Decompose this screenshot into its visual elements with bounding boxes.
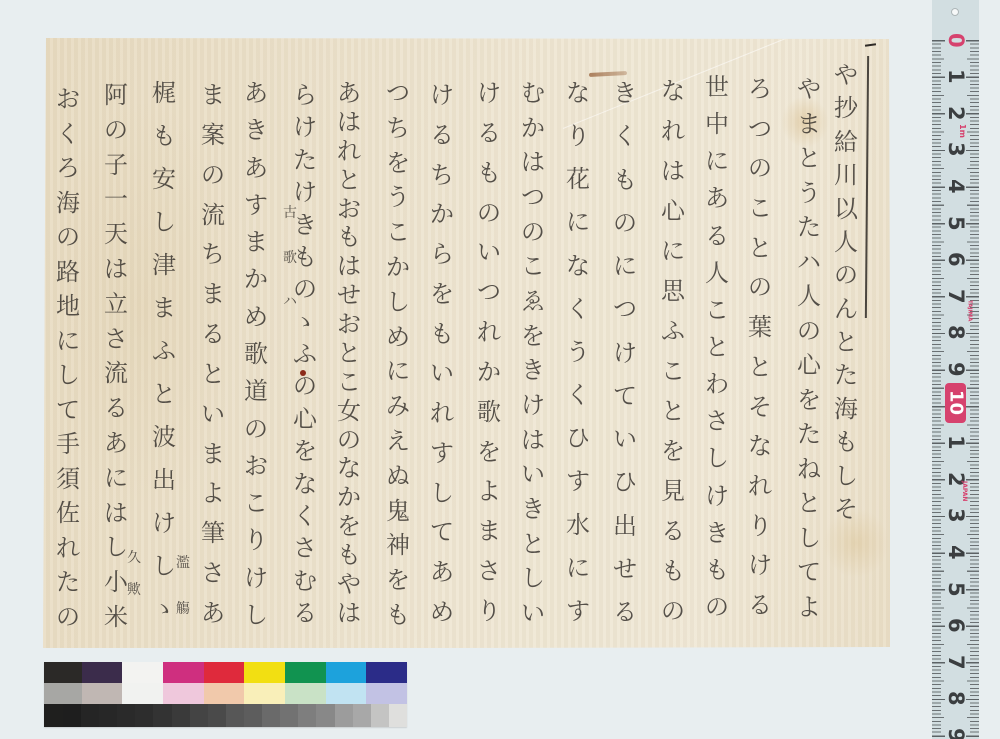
glyph: も [337, 224, 361, 250]
color-patch-white [122, 683, 163, 704]
tape-label-text: 7 [945, 289, 966, 304]
color-patch-yellow [244, 662, 285, 683]
glyph: に [104, 465, 128, 491]
glyph: 心 [661, 198, 685, 224]
manuscript-paper: や抄給川以人のんとた海もしそ やまとうたハ人の心をたねとしてよ ろつのことの葉と… [43, 38, 890, 648]
tape-label: 6 [943, 616, 968, 636]
glyph: れ [661, 118, 685, 144]
glyph: れ [748, 473, 772, 499]
tape-label-text: 6 [945, 618, 966, 633]
paper-stain [589, 71, 627, 77]
tape-label: 4 [943, 542, 968, 562]
glyph: な [748, 433, 772, 459]
glyph: と [152, 381, 176, 407]
glyph: 筆 [201, 520, 225, 546]
glyph: は [521, 427, 545, 453]
glyph: は [337, 109, 361, 135]
tape-label-text: 8 [945, 691, 966, 706]
glyph: め [430, 599, 454, 625]
glyph: 子 [104, 152, 128, 178]
glyph: の [797, 318, 821, 344]
glyph: ゝ [293, 309, 317, 335]
glyph: ち [201, 241, 225, 267]
glyph: く [56, 121, 80, 147]
glyph: わ [705, 371, 729, 397]
gray-patch [353, 704, 371, 727]
glyph: ま [477, 518, 501, 544]
glyph: た [834, 362, 858, 388]
glyph: ぬ [386, 463, 410, 489]
glyph: ゑ [521, 288, 545, 314]
glyph: 出 [613, 513, 637, 539]
glyph: る [477, 120, 501, 146]
glyph: し [56, 362, 80, 388]
color-patch-white [122, 662, 163, 683]
glyph: に [56, 328, 80, 354]
glyph: と [705, 334, 729, 360]
tape-brand: TAJIMA [966, 300, 972, 321]
glyph: し [152, 209, 176, 235]
text-column: なれは心に思ふことを見るもの [657, 78, 689, 624]
glyph: し [430, 480, 454, 506]
glyph: よ [201, 480, 225, 506]
gray-patch [371, 704, 389, 727]
glyph: を [386, 150, 410, 176]
glyph: 安 [152, 166, 176, 192]
glyph: る [104, 395, 128, 421]
glyph: つ [477, 279, 501, 305]
glyph: つ [386, 80, 410, 106]
glyph: の [244, 416, 268, 442]
glyph: お [244, 453, 268, 479]
glyph: 中 [705, 111, 729, 137]
gray-patch [117, 704, 135, 727]
text-column: 梶も安し津まふと波出けしゝ [148, 80, 180, 622]
glyph: の [661, 598, 685, 624]
glyph: て [56, 397, 80, 423]
glyph: け [152, 510, 176, 536]
glyph: ら [430, 241, 454, 267]
gray-patch [190, 704, 208, 727]
glyph: な [337, 455, 361, 481]
tape-label: 7 [943, 652, 968, 672]
glyph: い [201, 401, 225, 427]
glyph: れ [56, 535, 80, 561]
glyph: に [661, 238, 685, 264]
glyph: 案 [201, 122, 225, 148]
glyph: こ [661, 358, 685, 384]
glyph: こ [748, 195, 772, 221]
glyph: や [834, 62, 858, 88]
glyph: 歟 [127, 582, 141, 598]
color-patch-red [204, 662, 245, 683]
glyph: ま [201, 281, 225, 307]
glyph: も [834, 429, 858, 455]
glyph: も [661, 558, 685, 584]
glyph: は [661, 158, 685, 184]
color-patch-light-yellow [244, 683, 285, 704]
glyph: き [705, 520, 729, 546]
text-column: らけたけきものゝふの心をなくさむる [289, 82, 321, 626]
glyph: た [797, 421, 821, 447]
glyph: つ [613, 296, 637, 322]
glyph: ん [834, 296, 858, 322]
glyph: と [748, 354, 772, 380]
glyph: も [152, 123, 176, 149]
glyph: 人 [834, 229, 858, 255]
glyph: 以 [834, 196, 858, 222]
text-column: 阿の子一天は立さ流るあにはし小米 [100, 82, 132, 630]
glyph: の [613, 210, 637, 236]
glyph: 佐 [56, 500, 80, 526]
glyph: 米 [104, 604, 128, 630]
tape-label: 1 [943, 433, 968, 453]
glyph: な [566, 253, 590, 279]
glyph: ま [244, 229, 268, 255]
glyph: し [244, 602, 268, 628]
gray-patch [153, 704, 171, 727]
glyph: さ [293, 535, 317, 561]
glyph: け [477, 80, 501, 106]
glyph: ま [797, 111, 821, 137]
glyph: と [661, 398, 685, 424]
glyph: の [705, 594, 729, 620]
glyph: は [521, 149, 545, 175]
glyph: 一 [104, 186, 128, 212]
glyph: 女 [337, 398, 361, 424]
glyph: す [566, 598, 590, 624]
glyph: か [386, 254, 410, 280]
tape-label: 3 [943, 140, 968, 160]
tape-label-text: 9 [945, 362, 966, 377]
glyph: し [797, 525, 821, 551]
glyph: り [566, 123, 590, 149]
glyph: も [477, 160, 501, 186]
glyph: い [430, 360, 454, 386]
glyph: し [834, 463, 858, 489]
tape-label: 8 [943, 323, 968, 343]
glyph: 流 [104, 360, 128, 386]
page: { "page": { "background_color": "#e8eef0… [0, 0, 1000, 739]
glyph: さ [201, 560, 225, 586]
glyph: れ [477, 319, 501, 345]
glyph: て [613, 383, 637, 409]
glyph: ハ [797, 249, 821, 275]
glyph: め [244, 304, 268, 330]
glyph: に [613, 253, 637, 279]
text-column: ろつのことの葉とそなれりける [744, 76, 776, 618]
glyph: と [797, 490, 821, 516]
glyph: 歌 [283, 250, 297, 266]
glyph: の [201, 162, 225, 188]
glyph: 久 [127, 550, 141, 566]
glyph: て [797, 559, 821, 585]
color-patch-light-blue [326, 683, 367, 704]
glyph: き [521, 496, 545, 522]
glyph: は [337, 600, 361, 626]
glyph: ま [152, 295, 176, 321]
glyph: ろ [56, 155, 80, 181]
gray-patch [135, 704, 153, 727]
text-column: やまとうたハ人の心をたねとしてよ [793, 76, 825, 620]
glyph: 鬼 [386, 498, 410, 524]
tape-hole [951, 8, 959, 16]
glyph: な [566, 80, 590, 106]
glyph: う [386, 184, 410, 210]
gray-patch [244, 704, 262, 727]
glyph: り [748, 513, 772, 539]
glyph: く [566, 382, 590, 408]
gray-patch [226, 704, 244, 727]
glyph: の [834, 262, 858, 288]
glyph: を [386, 567, 410, 593]
glyph: に [566, 209, 590, 235]
tape-label-highlight: 10 [945, 383, 966, 423]
tape-label-text: 4 [945, 179, 966, 194]
glyph: の [56, 604, 80, 630]
glyph: あ [705, 185, 729, 211]
glyph: や [337, 571, 361, 597]
glyph: 花 [566, 166, 590, 192]
glyph: る [661, 518, 685, 544]
tape-label-text: 7 [945, 655, 966, 670]
glyph: 路 [56, 259, 80, 285]
color-patch-magenta [163, 662, 204, 683]
tape-label-text: 9 [945, 728, 966, 739]
text-column: や抄給川以人のんとた海もしそ [830, 62, 862, 522]
gray-patch [335, 704, 353, 727]
side-note: 久歟 [125, 550, 143, 598]
gray-patch [316, 704, 334, 727]
glyph: 歌 [477, 399, 501, 425]
color-chart-top-row [44, 662, 407, 683]
tape-label: 7 [943, 286, 968, 306]
tape-label: 6 [943, 250, 968, 270]
glyph: と [748, 235, 772, 261]
glyph: 手 [56, 431, 80, 457]
glyph: か [337, 484, 361, 510]
tape-label-text: 1 [945, 435, 966, 450]
text-column: つちをうこかしめにみえぬ鬼神をも [382, 80, 414, 628]
gray-patch [262, 704, 280, 727]
glyph: す [244, 192, 268, 218]
glyph: の [293, 373, 317, 399]
glyph: そ [834, 496, 858, 522]
glyph: け [705, 483, 729, 509]
gray-patch [99, 704, 117, 727]
glyph: 古 [283, 205, 297, 221]
glyph: と [337, 340, 361, 366]
glyph: あ [337, 80, 361, 106]
glyph: あ [430, 559, 454, 585]
glyph: こ [337, 369, 361, 395]
tape-label: 2 [943, 103, 968, 123]
glyph: ち [430, 162, 454, 188]
side-note: 古歌ハ [281, 205, 299, 310]
glyph: 人 [705, 260, 729, 286]
glyph: 須 [56, 466, 80, 492]
glyph: 觴 [176, 601, 190, 617]
glyph: な [661, 78, 685, 104]
glyph: 世 [705, 74, 729, 100]
color-patch-taupe [82, 683, 123, 704]
tape-label: 9 [943, 725, 968, 739]
glyph: け [748, 552, 772, 578]
tape-unit-mark: 1m [958, 124, 966, 138]
glyph: い [521, 600, 545, 626]
glyph: 波 [152, 424, 176, 450]
glyph: こ [386, 219, 410, 245]
glyph: こ [244, 490, 268, 516]
glyph: 出 [152, 467, 176, 493]
glyph: き [613, 80, 637, 106]
glyph: け [613, 340, 637, 366]
glyph: け [244, 565, 268, 591]
text-column: なり花になくうくひす水にす [562, 80, 594, 624]
glyph: ハ [283, 294, 297, 310]
glyph: た [797, 214, 821, 240]
glyph: や [797, 76, 821, 102]
glyph: と [521, 531, 545, 557]
ink-tick-mark [865, 43, 876, 47]
glyph: の [337, 427, 361, 453]
glyph: か [477, 359, 501, 385]
glyph: む [521, 80, 545, 106]
glyph: よ [477, 478, 501, 504]
glyph: に [705, 148, 729, 174]
glyph: れ [337, 138, 361, 164]
glyph: る [748, 592, 772, 618]
glyph: こ [521, 253, 545, 279]
glyph: 海 [56, 190, 80, 216]
glyph: 立 [104, 291, 128, 317]
glyph: 濫 [176, 555, 190, 571]
glyph: て [430, 519, 454, 545]
glyph: け [430, 82, 454, 108]
measuring-tape: 0 1 2 3 4 5 6 7 8 9 10 1 2 3 4 5 6 7 8 9… [932, 0, 979, 739]
glyph: ひ [613, 469, 637, 495]
glyph: を [477, 439, 501, 465]
glyph: ふ [152, 338, 176, 364]
color-patch-purple [82, 662, 123, 683]
glyph: 心 [797, 352, 821, 378]
text-column: おくろ海の路地にして手須佐れたの [52, 86, 84, 630]
glyph: と [797, 145, 821, 171]
gray-patch [44, 704, 63, 727]
glyph: る [293, 600, 317, 626]
glyph: さ [477, 558, 501, 584]
glyph: う [566, 339, 590, 365]
gray-patch [172, 704, 190, 727]
glyph: ま [201, 82, 225, 108]
tape-label: 4 [943, 176, 968, 196]
glyph: そ [748, 394, 772, 420]
text-column: きくものにつけていひ出せる [609, 80, 641, 625]
color-patch-gray [44, 683, 82, 704]
glyph: 見 [661, 478, 685, 504]
glyph: と [337, 167, 361, 193]
glyph: え [386, 428, 410, 454]
glyph: ら [293, 82, 317, 108]
color-patch-green [285, 662, 326, 683]
glyph: つ [748, 116, 772, 142]
gray-patch [298, 704, 316, 727]
tape-label-text: 5 [945, 582, 966, 597]
tape-label: 5 [943, 579, 968, 599]
glyph: あ [201, 600, 225, 626]
gray-patch [389, 704, 407, 727]
glyph: も [337, 542, 361, 568]
glyph: 歌 [244, 341, 268, 367]
glyph: い [521, 461, 545, 487]
glyph: め [386, 324, 410, 350]
glyph: た [56, 569, 80, 595]
glyph: る [430, 122, 454, 148]
glyph: る [201, 321, 225, 347]
glyph: 人 [797, 283, 821, 309]
glyph: な [293, 471, 317, 497]
tape-label: 3 [943, 506, 968, 526]
glyph: に [566, 555, 590, 581]
glyph: と [201, 361, 225, 387]
glyph: す [566, 468, 590, 494]
glyph: あ [244, 80, 268, 106]
glyph: き [521, 357, 545, 383]
glyph: の [477, 200, 501, 226]
glyph: 葉 [748, 314, 772, 340]
glyph: ち [386, 115, 410, 141]
tape-label-text: 10 [947, 390, 965, 415]
glyph: を [430, 281, 454, 307]
tape-label: 9 [943, 359, 968, 379]
glyph: に [386, 358, 410, 384]
glyph: を [293, 438, 317, 464]
glyph: 津 [152, 252, 176, 278]
glyph: の [748, 274, 772, 300]
glyph: り [477, 598, 501, 624]
glyph: あ [244, 155, 268, 181]
glyph: の [521, 219, 545, 245]
glyph: ひ [566, 425, 590, 451]
glyph: み [386, 393, 410, 419]
glyph: 川 [834, 162, 858, 188]
side-note: 濫觴 [174, 555, 192, 617]
tape-label-text: 1 [945, 69, 966, 84]
glyph: い [477, 239, 501, 265]
glyph: う [797, 180, 821, 206]
glyph: け [521, 392, 545, 418]
glyph: か [521, 115, 545, 141]
color-patch-light-green [285, 683, 326, 704]
glyph: 道 [244, 378, 268, 404]
text-column: けるちからをもいれすしてあめ [426, 82, 458, 625]
glyph: 水 [566, 512, 590, 538]
glyph: 梶 [152, 80, 176, 106]
glyph: を [661, 438, 685, 464]
color-calibration-chart [44, 662, 407, 727]
color-patch-blue [366, 662, 407, 683]
glyph: た [293, 147, 317, 173]
color-patch-peach [204, 683, 245, 704]
color-chart-middle-row [44, 683, 407, 704]
glyph: む [293, 568, 317, 594]
glyph: 阿 [104, 82, 128, 108]
glyph: 心 [293, 406, 317, 432]
glyph: け [293, 179, 317, 205]
color-patch-cyan [326, 662, 367, 683]
ink-rule-line [865, 56, 869, 318]
text-column: あはれとおもはせおとこ女のなかをもやは [333, 80, 365, 626]
